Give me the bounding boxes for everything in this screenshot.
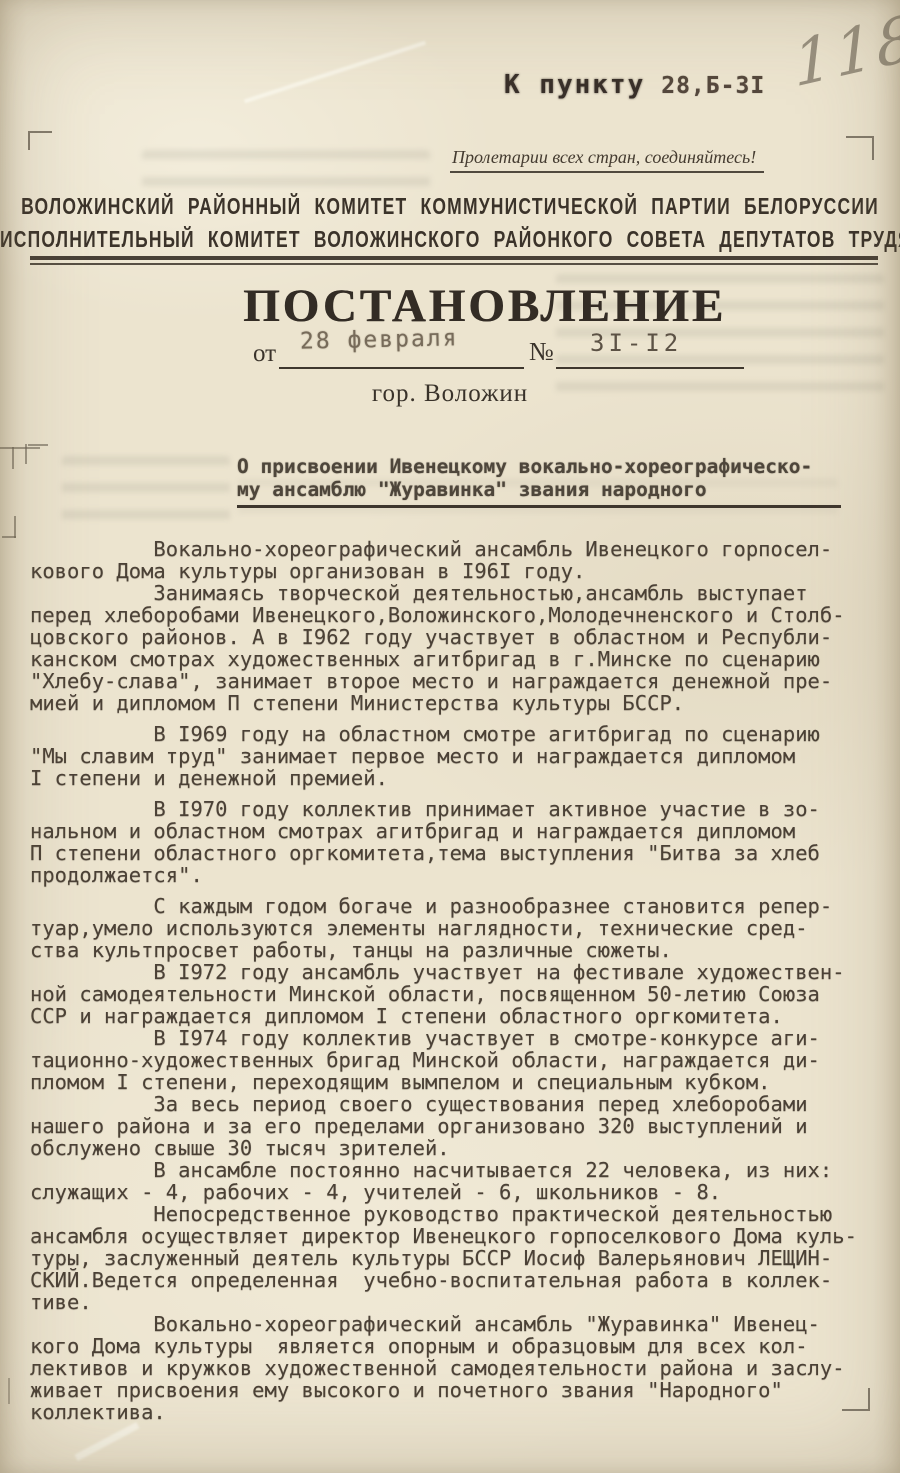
reference-stamp: К пункту 28,Б-3I [504, 70, 765, 100]
body-paragraph: С каждым годом богаче и разнообразнее ст… [30, 895, 888, 961]
margin-tick [0, 447, 40, 449]
scan-scratch [244, 41, 426, 104]
city-line: гор. Воложин [0, 380, 900, 408]
date-underline [279, 367, 524, 369]
body-paragraph: Вокально-хореографический ансамбль "Жура… [30, 1313, 888, 1423]
reference-stamp-label: К пункту [504, 70, 645, 100]
org-letterhead: ВОЛОЖИНСКИЙ РАЙОННЫЙ КОМИТЕТ КОММУНИСТИЧ… [0, 193, 900, 252]
subject-heading: О присвоении Ивенецкому вокально-хореогр… [237, 455, 841, 508]
number-underline [556, 367, 744, 369]
body-paragraph: Занимаясь творческой деятельностью,ансам… [30, 582, 888, 714]
org-header-line1: ВОЛОЖИНСКИЙ РАЙОННЫЙ КОМИТЕТ КОММУНИСТИЧ… [0, 193, 900, 219]
org-header-line2: ИСПОЛНИТЕЛЬНЫЙ КОМИТЕТ ВОЛОЖИНСКОГО РАЙО… [0, 226, 900, 252]
margin-tick [14, 516, 16, 538]
letterhead-rule [30, 256, 878, 265]
body-paragraph: В ансамбле постоянно насчитывается 22 че… [30, 1159, 888, 1203]
body-paragraph: За весь период своего существования пере… [30, 1093, 888, 1159]
body-paragraph: В I969 году на областном смотре агитбриг… [30, 723, 888, 789]
body-paragraph: В I972 году ансамбль участвует на фестив… [30, 961, 888, 1027]
margin-tick [28, 444, 48, 446]
margin-tick [12, 447, 14, 469]
doc-title: ПОСТАНОВЛЕНИЕ [243, 283, 726, 330]
body-paragraph: В I970 году коллектив принимает активное… [30, 798, 888, 886]
margin-tick [2, 536, 16, 538]
body-paragraph: Непосредственное руководство практическо… [30, 1203, 888, 1313]
number-sign: № [529, 337, 554, 367]
number-value-typed: 3I-I2 [590, 329, 682, 357]
margin-tick [25, 444, 27, 464]
reference-stamp-value: 28,Б-3I [661, 73, 765, 99]
corner-mark-top-left [28, 131, 52, 150]
bleed-through-smudge [62, 456, 230, 530]
bleed-through-smudge [142, 150, 430, 192]
date-prefix: от [253, 340, 276, 368]
scan-scratch [74, 1422, 139, 1461]
motto-line: Пролетарии всех стран, соединяйтесь! [450, 147, 764, 173]
scanned-document-page: К пункту 28,Б-3I 118 Пролетарии всех стр… [0, 0, 900, 1473]
corner-mark-top-right [846, 136, 874, 160]
body-paragraph: Вокально-хореографический ансамбль Ивене… [30, 538, 888, 582]
page-number-handwritten: 118 [791, 0, 900, 102]
date-value-stamped: 28 февраля [300, 325, 459, 354]
margin-tick [8, 1378, 10, 1404]
body-paragraph: В I974 году коллектив участвует в смотре… [30, 1027, 888, 1093]
body-text: Вокально-хореографический ансамбль Ивене… [30, 538, 888, 1423]
